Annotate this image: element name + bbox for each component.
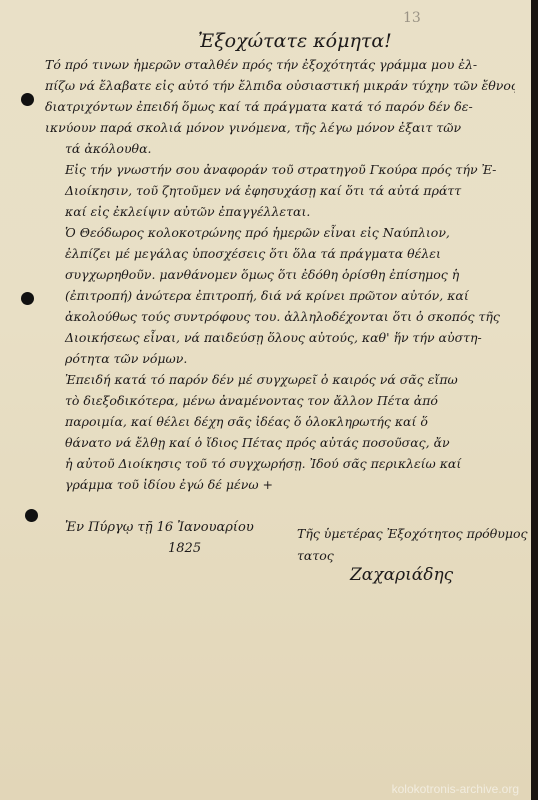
body-line: (ἐπιτροπή) ἀνώτερα ἐπιτροπή, διά νά κρίν…: [45, 285, 515, 306]
body-line: ἡ αὐτοῦ Διοίκησις τοῦ τό συγχωρήσῃ. Ἰδού…: [45, 453, 515, 474]
body-line: ἐλπίζει μέ μεγάλας ὑποσχέσεις ὅτι ὅλα τά…: [45, 243, 515, 264]
body-line: ἀκολούθως τούς συντρόφους του. ἀλληλοδέχ…: [45, 306, 515, 327]
watermark: kolokotronis-archive.org: [392, 782, 519, 796]
body-line: Ὁ Θεόδωρος κολοκοτρώνης πρό ἡμερῶν εἶναι…: [45, 222, 515, 243]
manuscript-page: 13 Ἐξοχώτατε κόμητα! Τό πρό τινων ἡμερῶν…: [0, 0, 531, 800]
body-line: συγχωρηθοῦν. μανθάνομεν ὅμως ὅτι ἐδόθη ὁ…: [45, 264, 515, 285]
body-line: γράμμα τοῦ ἰδίου ἐγώ δέ μένω +: [45, 474, 515, 495]
body-line: ικνύουν παρά σκολιά μόνον γινόμενα, τῆς …: [45, 117, 515, 138]
closing-line: Τῆς ὑμετέρας Ἐξοχότητος πρόθυμος: [297, 523, 527, 545]
punch-hole: [21, 93, 34, 106]
scan-border: [531, 0, 538, 800]
body-line: Διοικήσεως εἶναι, νά παιδεύσῃ ὅλους αὐτο…: [45, 327, 515, 348]
body-line: καί εἰς ἐκλείψιν αὐτῶν ἐπαγγέλλεται.: [45, 201, 515, 222]
year: 1825: [168, 541, 201, 556]
date-line: Ἐν Πύργῳ τῇ 16 Ἰανουαρίου: [65, 520, 254, 535]
body-line: Ἐπειδή κατά τό παρόν δέν μέ συγχωρεῖ ὁ κ…: [45, 369, 515, 390]
salutation: Ἐξοχώτατε κόμητα!: [198, 30, 392, 52]
body-line: διατριχόντων ἐπειδή ὅμως καί τά πράγματα…: [45, 96, 515, 117]
punch-hole: [21, 292, 34, 305]
body-line: θάνατο νά ἔλθῃ καί ὁ ἴδιος Πέτας πρός αὐ…: [45, 432, 515, 453]
body-line: Τό πρό τινων ἡμερῶν σταλθέν πρός τήν ἐξο…: [45, 54, 515, 75]
folio-number: 13: [403, 10, 421, 26]
body-line: Διοίκησιν, τοῦ ζητοῦμεν νά ἐφησυχάσῃ καί…: [45, 180, 515, 201]
body-line: παροιμία, καί θέλει δέχη σᾶς ἰδέας ὅ ὁλο…: [45, 411, 515, 432]
closing: Τῆς ὑμετέρας Ἐξοχότητος πρόθυμος τατος: [297, 523, 527, 567]
punch-hole: [25, 509, 38, 522]
body-line: πίζω νά ἔλαβατε εἰς αὐτό τήν ἔλπιδα οὐσι…: [45, 75, 515, 96]
body-line: τά ἀκόλουθα.: [45, 138, 515, 159]
body-line: τὸ διεξοδικότερα, μένω ἀναμένοντας τον ἄ…: [45, 390, 515, 411]
signature: Ζαχαριάδης: [350, 565, 453, 585]
body-line: ρότητα τῶν νόμων.: [45, 348, 515, 369]
closing-line: τατος: [297, 545, 527, 567]
body-line: Εἰς τήν γνωστήν σου ἀναφοράν τοῦ στρατηγ…: [45, 159, 515, 180]
letter-body: Τό πρό τινων ἡμερῶν σταλθέν πρός τήν ἐξο…: [45, 54, 515, 495]
